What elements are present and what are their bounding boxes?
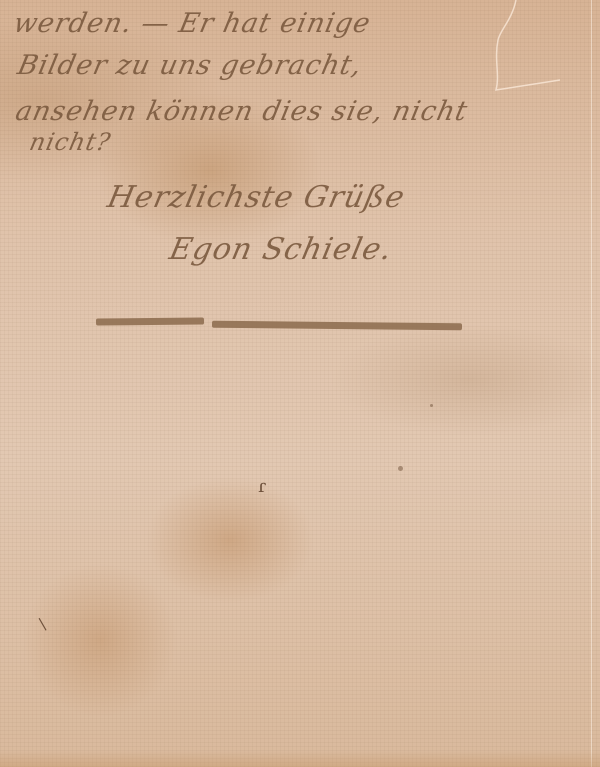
closing-greeting: Herzlichste Grüße bbox=[104, 180, 408, 215]
letter-line-4: nicht? bbox=[27, 128, 113, 156]
ink-spot bbox=[398, 466, 403, 471]
ink-spot bbox=[430, 404, 433, 407]
letter-line-3: ansehen können dies sie, nicht bbox=[13, 96, 471, 127]
ink-squiggle-mark: ɾ bbox=[258, 476, 266, 497]
letter-line-1: werden. — Er hat einige bbox=[11, 8, 374, 39]
paper-edge-right bbox=[591, 0, 592, 767]
signature: Egon Schiele. bbox=[166, 232, 395, 267]
paper-edge-bottom bbox=[0, 751, 600, 767]
divider-stroke-short bbox=[96, 318, 204, 326]
letter-page: werden. — Er hat einige Bilder zu uns ge… bbox=[0, 0, 600, 767]
letter-line-2: Bilder zu uns gebracht, bbox=[15, 50, 365, 81]
